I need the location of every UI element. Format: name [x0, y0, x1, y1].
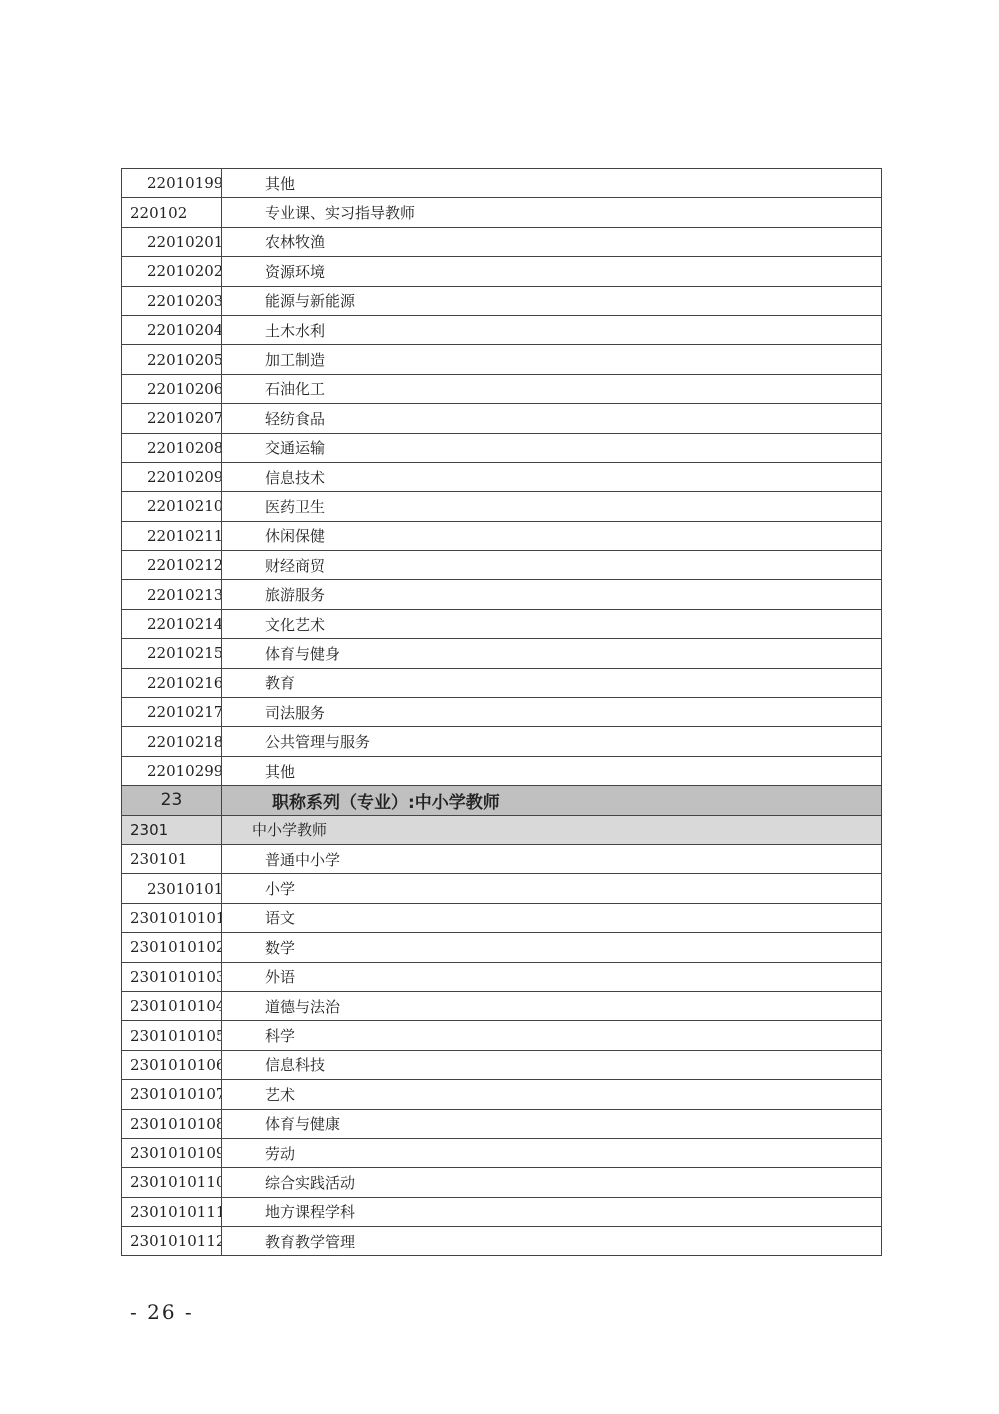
series-header-row: 23职称系列（专业）:中小学教师	[122, 786, 882, 815]
code-cell: 22010202	[122, 257, 222, 286]
name-cell: 综合实践活动	[222, 1168, 882, 1197]
name-cell: 土木水利	[222, 315, 882, 344]
code-cell: 22010212	[122, 551, 222, 580]
table-row: 2301010105科学	[122, 1021, 882, 1050]
table-row: 22010202资源环境	[122, 257, 882, 286]
code-cell: 22010217	[122, 698, 222, 727]
name-cell: 道德与法治	[222, 991, 882, 1020]
table-row: 22010201农林牧渔	[122, 227, 882, 256]
name-cell: 交通运输	[222, 433, 882, 462]
name-cell: 艺术	[222, 1080, 882, 1109]
code-cell: 22010201	[122, 227, 222, 256]
code-cell: 2301010111	[122, 1197, 222, 1226]
table-row: 22010209信息技术	[122, 462, 882, 491]
name-cell: 医药卫生	[222, 492, 882, 521]
code-cell: 22010199	[122, 169, 222, 198]
name-cell: 公共管理与服务	[222, 727, 882, 756]
name-cell: 信息科技	[222, 1050, 882, 1079]
name-cell: 劳动	[222, 1138, 882, 1167]
table-row: 220102专业课、实习指导教师	[122, 198, 882, 227]
code-cell: 2301	[122, 815, 222, 844]
table-row: 2301010110综合实践活动	[122, 1168, 882, 1197]
code-cell: 2301010106	[122, 1050, 222, 1079]
code-cell: 23010101	[122, 874, 222, 903]
table-row: 2301010107艺术	[122, 1080, 882, 1109]
code-cell: 22010299	[122, 756, 222, 785]
table-row: 2301010101语文	[122, 903, 882, 932]
code-cell: 22010216	[122, 668, 222, 697]
code-cell: 22010211	[122, 521, 222, 550]
table-row: 22010216教育	[122, 668, 882, 697]
name-cell: 数学	[222, 933, 882, 962]
name-cell: 旅游服务	[222, 580, 882, 609]
name-cell: 轻纺食品	[222, 404, 882, 433]
code-cell: 2301010104	[122, 991, 222, 1020]
table-row: 2301010104道德与法治	[122, 991, 882, 1020]
code-cell: 22010214	[122, 609, 222, 638]
name-cell: 文化艺术	[222, 609, 882, 638]
code-cell: 22010206	[122, 374, 222, 403]
name-cell: 科学	[222, 1021, 882, 1050]
name-cell: 能源与新能源	[222, 286, 882, 315]
table-row: 2301010103外语	[122, 962, 882, 991]
name-cell: 小学	[222, 874, 882, 903]
code-cell: 22010203	[122, 286, 222, 315]
name-cell: 专业课、实习指导教师	[222, 198, 882, 227]
name-cell: 体育与健康	[222, 1109, 882, 1138]
code-cell: 2301010101	[122, 903, 222, 932]
name-cell: 其他	[222, 169, 882, 198]
name-cell: 农林牧渔	[222, 227, 882, 256]
code-cell: 2301010110	[122, 1168, 222, 1197]
table-row: 22010203能源与新能源	[122, 286, 882, 315]
code-cell: 22010215	[122, 639, 222, 668]
table-row: 22010213旅游服务	[122, 580, 882, 609]
name-cell: 职称系列（专业）:中小学教师	[222, 786, 882, 815]
code-cell: 2301010103	[122, 962, 222, 991]
name-cell: 教育教学管理	[222, 1227, 882, 1256]
code-cell: 2301010107	[122, 1080, 222, 1109]
code-cell: 220102	[122, 198, 222, 227]
code-cell: 22010210	[122, 492, 222, 521]
name-cell: 石油化工	[222, 374, 882, 403]
code-cell: 23	[122, 786, 222, 815]
table-row: 22010218公共管理与服务	[122, 727, 882, 756]
code-cell: 22010204	[122, 315, 222, 344]
code-cell: 22010207	[122, 404, 222, 433]
code-table: 22010199其他220102专业课、实习指导教师22010201农林牧渔22…	[121, 168, 882, 1256]
group-header-row: 2301中小学教师	[122, 815, 882, 844]
table-row: 2301010108体育与健康	[122, 1109, 882, 1138]
table-row: 22010208交通运输	[122, 433, 882, 462]
code-cell: 22010208	[122, 433, 222, 462]
table-row: 2301010102数学	[122, 933, 882, 962]
code-cell: 22010218	[122, 727, 222, 756]
table-row: 22010299其他	[122, 756, 882, 785]
table-row: 22010215体育与健身	[122, 639, 882, 668]
code-cell: 2301010109	[122, 1138, 222, 1167]
code-cell: 2301010108	[122, 1109, 222, 1138]
table-row: 22010214文化艺术	[122, 609, 882, 638]
name-cell: 司法服务	[222, 698, 882, 727]
table-row: 22010206石油化工	[122, 374, 882, 403]
name-cell: 财经商贸	[222, 551, 882, 580]
table-row: 22010199其他	[122, 169, 882, 198]
code-cell: 22010205	[122, 345, 222, 374]
name-cell: 体育与健身	[222, 639, 882, 668]
code-cell: 2301010105	[122, 1021, 222, 1050]
code-cell: 2301010102	[122, 933, 222, 962]
code-cell: 22010213	[122, 580, 222, 609]
table-row: 22010212财经商贸	[122, 551, 882, 580]
name-cell: 教育	[222, 668, 882, 697]
name-cell: 资源环境	[222, 257, 882, 286]
name-cell: 语文	[222, 903, 882, 932]
name-cell: 加工制造	[222, 345, 882, 374]
table-row: 230101普通中小学	[122, 844, 882, 873]
table-row: 22010211休闲保健	[122, 521, 882, 550]
code-cell: 22010209	[122, 462, 222, 491]
name-cell: 中小学教师	[222, 815, 882, 844]
table-body: 22010199其他220102专业课、实习指导教师22010201农林牧渔22…	[122, 169, 882, 1256]
table-row: 2301010112教育教学管理	[122, 1227, 882, 1256]
code-cell: 2301010112	[122, 1227, 222, 1256]
table-row: 22010217司法服务	[122, 698, 882, 727]
name-cell: 信息技术	[222, 462, 882, 491]
name-cell: 地方课程学科	[222, 1197, 882, 1226]
code-cell: 230101	[122, 844, 222, 873]
name-cell: 普通中小学	[222, 844, 882, 873]
table-row: 23010101小学	[122, 874, 882, 903]
table-row: 22010210医药卫生	[122, 492, 882, 521]
page-number: - 26 -	[130, 1300, 194, 1324]
table-row: 22010204土木水利	[122, 315, 882, 344]
table-row: 22010205加工制造	[122, 345, 882, 374]
name-cell: 休闲保健	[222, 521, 882, 550]
table-row: 2301010106信息科技	[122, 1050, 882, 1079]
name-cell: 其他	[222, 756, 882, 785]
table-row: 2301010111地方课程学科	[122, 1197, 882, 1226]
table-row: 2301010109劳动	[122, 1138, 882, 1167]
table-row: 22010207轻纺食品	[122, 404, 882, 433]
name-cell: 外语	[222, 962, 882, 991]
